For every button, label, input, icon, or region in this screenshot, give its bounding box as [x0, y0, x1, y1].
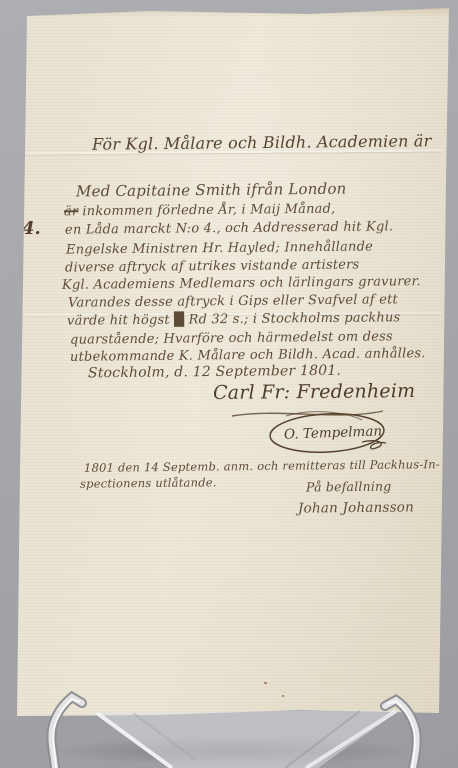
stand-clip-right	[385, 700, 417, 768]
acrylic-stand-clips	[0, 0, 458, 768]
stand-clip-left	[51, 697, 82, 768]
photograph-of-manuscript: 4. För Kgl. Målare och Bildh. Academien …	[0, 0, 458, 768]
